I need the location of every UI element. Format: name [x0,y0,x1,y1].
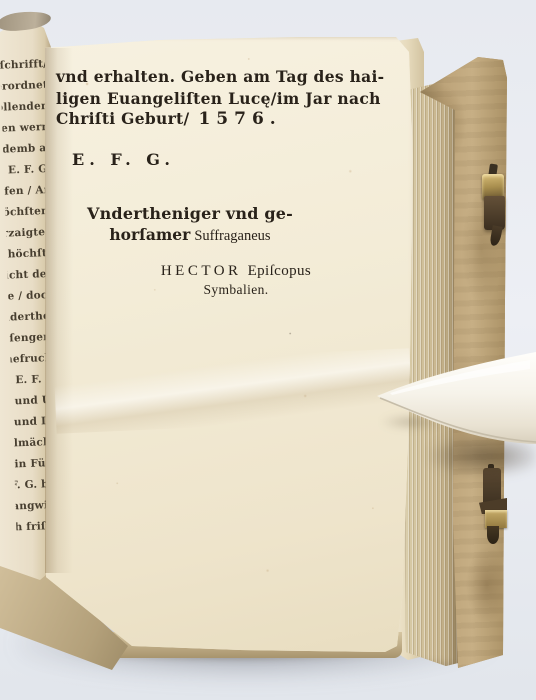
initials-efg: E. F. G. [72,150,175,169]
signature-block: HECTOREpiſcopus Symbalien. [150,262,322,298]
signature-place: Symbalien. [150,282,322,298]
clasp-hook [489,225,502,246]
closing-blackletter-word: horſamer [109,225,190,244]
colophon-text-line: ligen Euangeliſten Lucę/im Jar nach [56,88,386,110]
colophon-date-line: Chriſti Geburt/1576. [56,109,282,129]
brass-clasp-lower [477,468,509,548]
closing-line-1: Vndertheniger vnd ge- [84,204,296,223]
antique-book-photo: G. Als eure vnſchrifft/von Gott verordne… [0,0,536,700]
bone-page-pointer [370,340,536,456]
colophon-text: vnd erhalten. Geben am Tag des hai-ligen… [56,66,386,109]
signature-line-1: HECTOREpiſcopus [150,262,322,280]
colophon-text-line: vnd erhalten. Geben am Tag des hai- [56,66,386,88]
closing-roman-word: Suffraganeus [194,228,270,244]
brass-clasp-upper [479,164,509,252]
signature-title: Epiſcopus [248,263,312,279]
closing-line-2: horſamerSuffraganeus [84,225,296,245]
closing-salutation: Vndertheniger vnd ge- horſamerSuffragane… [84,204,296,245]
year-1576: 1576. [198,109,281,129]
signature-name: HECTOR [161,263,242,279]
colophon-date-text: Chriſti Geburt/ [56,109,189,128]
clasp-hook [487,526,499,544]
